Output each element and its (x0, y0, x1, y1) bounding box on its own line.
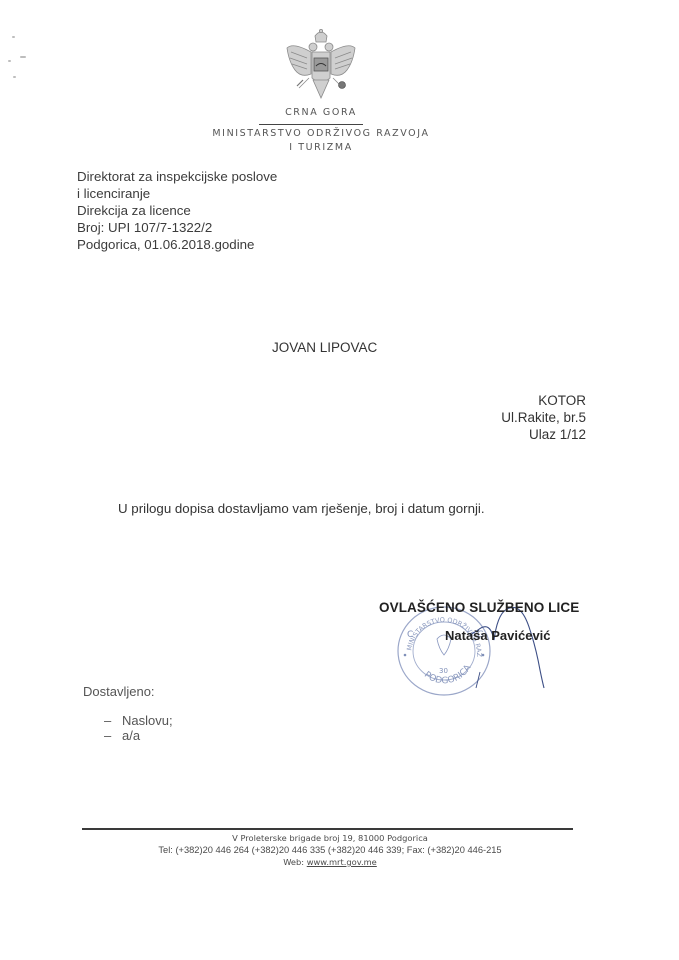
footer-web-label: Web: (283, 857, 307, 867)
sender-directorate-division: Direkcija za licence (77, 203, 191, 218)
country-name: CRNA GORA (200, 107, 442, 118)
delivered-to-label: Dostavljeno: (83, 684, 155, 699)
svg-text:PODGORICA: PODGORICA (422, 662, 474, 686)
scan-speck (20, 56, 26, 58)
scan-speck (12, 36, 15, 38)
delivered-item: –Naslovu; (104, 713, 173, 728)
footer-phone-fax: Tel: (+382)20 446 264 (+382)20 446 335 (… (70, 845, 590, 855)
ministry-name-line1: MINISTARSTVO ODRŽIVOG RAZVOJA (170, 128, 472, 139)
footer-address: V Proleterske brigade broj 19, 81000 Pod… (70, 833, 590, 843)
svg-text:30: 30 (439, 667, 448, 675)
official-name: Nataša Pavićević (445, 628, 551, 643)
delivered-item: –a/a (104, 728, 140, 743)
recipient-entrance: Ulaz 1/12 (529, 427, 586, 442)
authorized-official-title: OVLAŠĆENO SLUŽBENO LICE (379, 600, 579, 615)
footer-web: Web: www.mrt.gov.me (70, 857, 590, 867)
letter-body: U prilogu dopisa dostavljamo vam rješenj… (118, 501, 485, 516)
recipient-city: KOTOR (538, 393, 586, 408)
website-link[interactable]: www.mrt.gov.me (307, 857, 377, 867)
sender-directorate-cont: i licenciranje (77, 186, 150, 201)
list-dash: – (104, 713, 122, 728)
scan-speck (8, 60, 11, 62)
ministry-name-line2: I TURIZMA (200, 142, 442, 153)
place-and-date: Podgorica, 01.06.2018.godine (77, 237, 254, 252)
recipient-name: JOVAN LIPOVAC (272, 340, 377, 355)
sender-directorate: Direktorat za inspekcijske poslove (77, 169, 277, 184)
delivered-item-text: a/a (122, 728, 140, 743)
header-divider (259, 124, 363, 125)
delivered-item-text: Naslovu; (122, 713, 173, 728)
footer-divider (82, 828, 573, 830)
montenegro-coat-of-arms-icon (279, 28, 363, 102)
list-dash: – (104, 728, 122, 743)
reference-number: Broj: UPI 107/7-1322/2 (77, 220, 212, 235)
scan-speck (13, 76, 16, 78)
svg-text:C: C (407, 630, 413, 640)
recipient-street: Ul.Rakite, br.5 (501, 410, 586, 425)
